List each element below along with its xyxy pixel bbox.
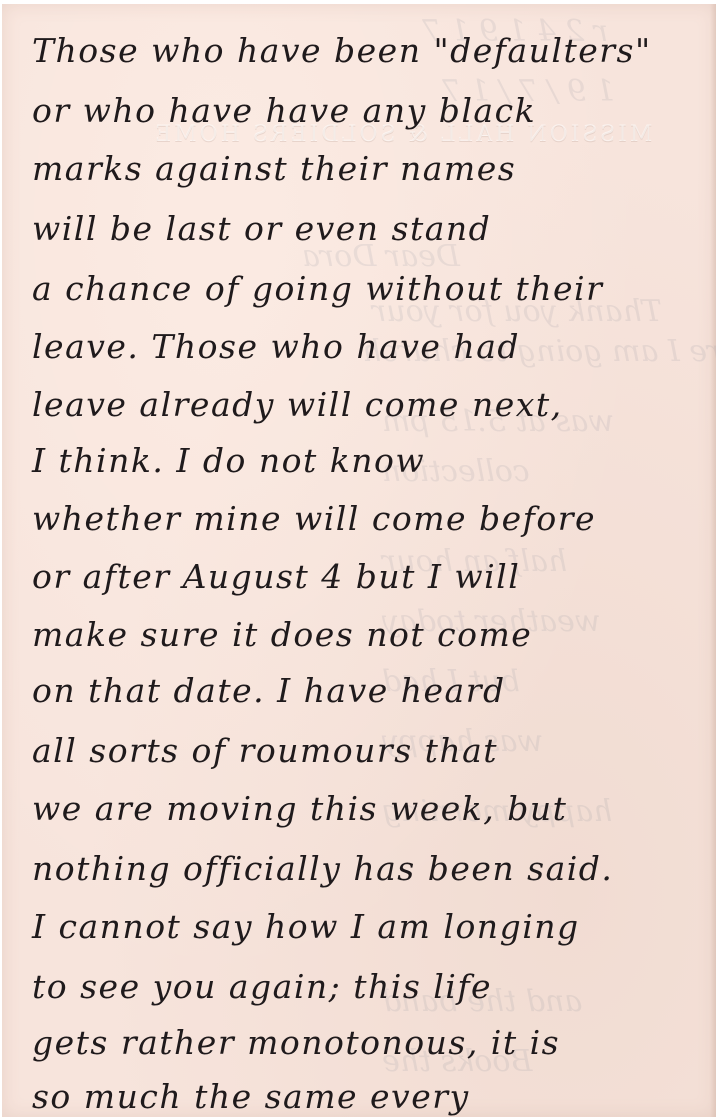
letter-line: all sorts of roumours that — [32, 734, 498, 767]
paper-edge — [710, 4, 716, 1117]
letter-line: or after August 4 but I will — [32, 560, 520, 593]
letter-line: I think. I do not know — [32, 444, 425, 477]
letter-line: so much the same every — [32, 1080, 470, 1113]
letter-line: to see you again; this life — [32, 970, 492, 1003]
letter-line: nothing officially has been said. — [32, 852, 613, 885]
letter-line: make sure it does not come — [32, 618, 532, 651]
letter-line: gets rather monotonous, it is — [32, 1026, 560, 1059]
letter-line: on that date. I have heard — [32, 674, 506, 707]
letter-line: marks against their names — [32, 152, 516, 185]
letter-page: MISSION HALL & SOLDIERS HOME r 2 4 1 9 1… — [2, 4, 716, 1117]
letter-line: or who have have any black — [32, 94, 536, 127]
letter-line: we are moving this week, but — [32, 792, 567, 825]
letter-line: Those who have been "defaulters" — [32, 34, 652, 67]
letter-line: a chance of going without their — [32, 272, 603, 305]
letter-line: leave. Those who have had — [32, 330, 520, 363]
letter-line: leave already will come next, — [32, 388, 563, 421]
letter-line: will be last or even stand — [32, 212, 491, 245]
letter-line: whether mine will come before — [32, 502, 596, 535]
letter-line: I cannot say how I am longing — [32, 910, 580, 943]
